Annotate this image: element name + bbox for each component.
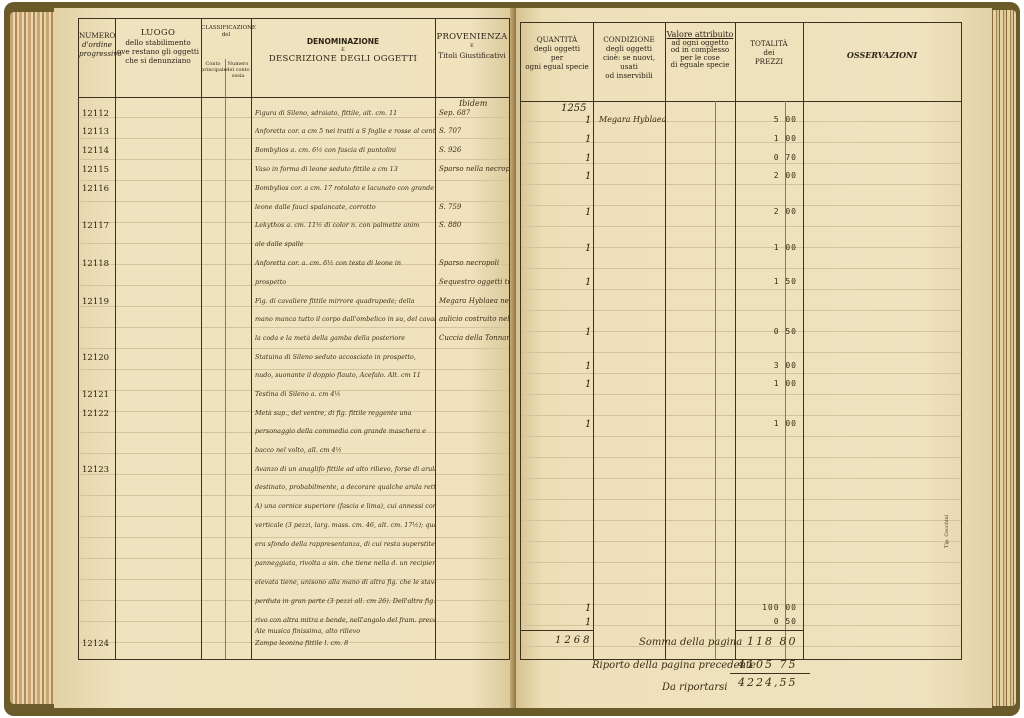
entry-quantity: 1 <box>585 603 591 614</box>
entry-quantity: 1 <box>585 617 591 628</box>
entry-description: Anforetta cor. a cm 5 nei tratti a S fog… <box>255 127 435 135</box>
header-quantita: QUANTITÀdegli oggettiperogni egual speci… <box>521 35 593 71</box>
entry-description: Bombylios a. cm. 6½ con fascia di puntol… <box>255 146 396 154</box>
da-riportarsi-label: Da riportarsi <box>662 682 727 693</box>
entry-price: 1 00 <box>741 379 797 388</box>
entry-description: nudo, suonante il doppio flauto, Acefalo… <box>255 371 421 379</box>
da-riportarsi-value: 4224,55 <box>738 676 798 689</box>
entry-quantity: 1 <box>585 134 591 145</box>
entry-description: Figura di Sileno, sdraiato, fittile, alt… <box>255 109 397 117</box>
header-denominazione: DENOMINAZIONEEDESCRIZIONE DEGLI OGGETTI <box>251 37 435 64</box>
col-divider <box>715 101 716 659</box>
header-divider <box>521 101 961 102</box>
entry-quantity: 1 <box>585 171 591 182</box>
entry-description: Metà sup., del ventre, di fig. fittile r… <box>255 409 411 417</box>
riporto-value: 4105 75 <box>738 658 798 671</box>
entry-description: personaggio della commedia con grande ma… <box>255 427 426 435</box>
header-osservazioni: OSSERVAZIONI <box>803 51 961 60</box>
total-rule <box>735 630 803 631</box>
col-divider <box>435 19 436 659</box>
entry-quantity: 1 <box>585 153 591 164</box>
entry-provenance: S. 880 <box>439 221 461 229</box>
entry-number: 12113 <box>82 127 109 137</box>
entry-provenance: S. 759 <box>439 203 461 211</box>
entry-description: Vaso in forma di leone seduto fittile a … <box>255 165 398 173</box>
entry-description: rivo con altra mitra e bende, nell'angol… <box>255 616 435 624</box>
entry-number: 12121 <box>82 390 109 400</box>
entry-description: Ale musica finissima, alto rilievo <box>255 627 360 635</box>
entry-quantity: 1 <box>585 277 591 288</box>
entry-description: leone dalle fauci spalancate, corrotto <box>255 203 376 211</box>
header-divider <box>79 97 509 98</box>
entry-price: 0 50 <box>741 327 797 336</box>
entry-quantity: 1 <box>585 207 591 218</box>
entry-price: 0 70 <box>741 153 797 162</box>
col-divider <box>251 19 252 659</box>
entry-number: 12118 <box>82 259 109 269</box>
quantity-total: 1268 <box>555 635 592 646</box>
entry-number: 12117 <box>82 221 109 231</box>
header-condizione: CONDIZIONEdegli oggetticioè: se nuovi, u… <box>593 35 665 80</box>
riporto-label: Riporto della pagina precedente <box>592 660 756 671</box>
condition-note: Megara Hyblaea <box>599 115 666 124</box>
entry-description: bacco nel volto, all. cm 4½ <box>255 446 342 454</box>
header-classificazione: CLASSIFICAZIONEdel <box>201 25 251 39</box>
entry-provenance: Sparso nella necropoli <box>439 165 509 173</box>
entry-provenance: Sparso necropoli <box>439 259 499 267</box>
entry-provenance: Sequestro oggetti trovati a <box>439 278 509 286</box>
entry-price: 1 00 <box>741 243 797 252</box>
entry-description: mano manca tutto il corpo dall'ombelico … <box>255 315 435 323</box>
col-divider <box>115 19 116 659</box>
entry-number: 12114 <box>82 146 109 156</box>
col-divider <box>735 23 736 659</box>
page-edges-left <box>10 12 58 704</box>
entry-provenance: Megara Hyblaea nel gran <box>439 297 509 305</box>
entry-description: Testina di Sileno a. cm 4½ <box>255 390 341 398</box>
entry-description: Lekythos a. cm. 11½ di color n. con palm… <box>255 221 419 229</box>
total-rule <box>521 630 593 631</box>
entry-description: elevata tiene, unisono alla mano di altr… <box>255 578 435 586</box>
entry-quantity: 1 <box>585 243 591 254</box>
entry-number: 12122 <box>82 409 109 419</box>
entry-number: 12119 <box>82 297 109 307</box>
somma-value: 118 80 <box>747 635 798 648</box>
inventory-table-right: QUANTITÀdegli oggettiperogni egual speci… <box>520 22 962 660</box>
entry-description: perduta in gran parte (3 pezzi all. cm 2… <box>255 597 435 605</box>
col-divider <box>225 59 226 659</box>
inventory-table-left: NUMEROd'ordineprogressivo LUOGOdello sta… <box>78 18 510 660</box>
entry-quantity: 1 <box>585 327 591 338</box>
header-luogo: LUOGOdello stabilimentoove restano gli o… <box>115 29 201 65</box>
header-valore: Valore attribuitoad ogni oggettood in co… <box>665 31 735 69</box>
provenienza-heading: Ibidem <box>459 99 487 108</box>
entry-number: 12120 <box>82 353 109 363</box>
col-divider <box>593 23 594 659</box>
entry-description: Avanzo di un anaglifo fittile ad alto ri… <box>255 465 435 473</box>
right-page: QUANTITÀdegli oggettiperogni egual speci… <box>516 8 992 708</box>
entry-price: 100 00 <box>741 603 797 612</box>
left-page: NUMEROd'ordineprogressivo LUOGOdello sta… <box>54 8 516 708</box>
entry-provenance: Cuccia della Tonnara <box>439 334 509 342</box>
header-totalita: TOTALITÀdeiPREZZI <box>735 39 803 66</box>
entry-description: A) una cornice superiore (fascia e lima)… <box>255 502 435 510</box>
entry-price: 0 50 <box>741 617 797 626</box>
entry-price: 1 50 <box>741 277 797 286</box>
entry-description: destinato, probabilmente, a decorare qua… <box>255 483 435 491</box>
entry-price: 5 00 <box>741 115 797 124</box>
entry-description: Statuina di Sileno seduto accosciato in … <box>255 353 416 361</box>
entry-quantity: 1 <box>585 379 591 390</box>
entry-number: 12124 <box>82 639 109 649</box>
entry-number: 12116 <box>82 184 109 194</box>
header-conto-principale: Conto principale <box>201 61 225 73</box>
entry-number: 12115 <box>82 165 109 175</box>
entry-price: 2 00 <box>741 171 797 180</box>
header-numero: NUMEROd'ordineprogressivo <box>79 31 115 58</box>
entry-description: era sfondo della rappresentanza, di cui … <box>255 540 435 548</box>
entry-quantity: 1 <box>585 361 591 372</box>
entry-price: 3 00 <box>741 361 797 370</box>
col-divider <box>803 23 804 659</box>
header-provenienza: PROVENIENZAETitoli Giustificativi <box>435 33 509 60</box>
entry-quantity: 1 <box>585 115 591 126</box>
entry-description: verticale (3 pezzi, larg. mass. cm. 46, … <box>255 521 435 529</box>
entry-description: Bombylios cor. a cm. 17 rotolato e lacun… <box>255 184 434 192</box>
entry-price: 1 00 <box>741 134 797 143</box>
header-numero-conto: Numero del conto ossia <box>225 61 251 79</box>
entry-description: la coda e la metà della gamba della post… <box>255 334 405 342</box>
entry-description: Anforetta cor. a. cm. 6½ con testa di le… <box>255 259 401 267</box>
entry-provenance: Sep. 687 <box>439 109 470 117</box>
entry-description: ale dalle spalle <box>255 240 304 248</box>
entry-provenance: S. 926 <box>439 146 461 154</box>
entry-price: 1 00 <box>741 419 797 428</box>
somma-label: Somma della pagina <box>639 637 742 648</box>
page-edges-right <box>990 10 1016 706</box>
total-rule <box>730 673 810 674</box>
entry-provenance: S. 707 <box>439 127 461 135</box>
entry-number: 12123 <box>82 465 109 475</box>
carried-quantity: 1255 <box>561 103 586 114</box>
entry-number: 12112 <box>82 109 109 119</box>
entry-description: Fig. di cavaliere fittile mirrore quadru… <box>255 297 415 305</box>
entry-quantity: 1 <box>585 419 591 430</box>
entry-price: 2 00 <box>741 207 797 216</box>
entry-description: panneggiata, rivolta a sin. che tiene ne… <box>255 559 435 567</box>
entry-description: Zampa leonina fittile l. cm. 8 <box>255 639 348 647</box>
entry-provenance: aulicio costruito nella <box>439 315 509 323</box>
entry-description: prospetto <box>255 278 286 286</box>
col-divider <box>201 19 202 659</box>
printer-mark: Tip. Cecchini <box>944 515 950 548</box>
